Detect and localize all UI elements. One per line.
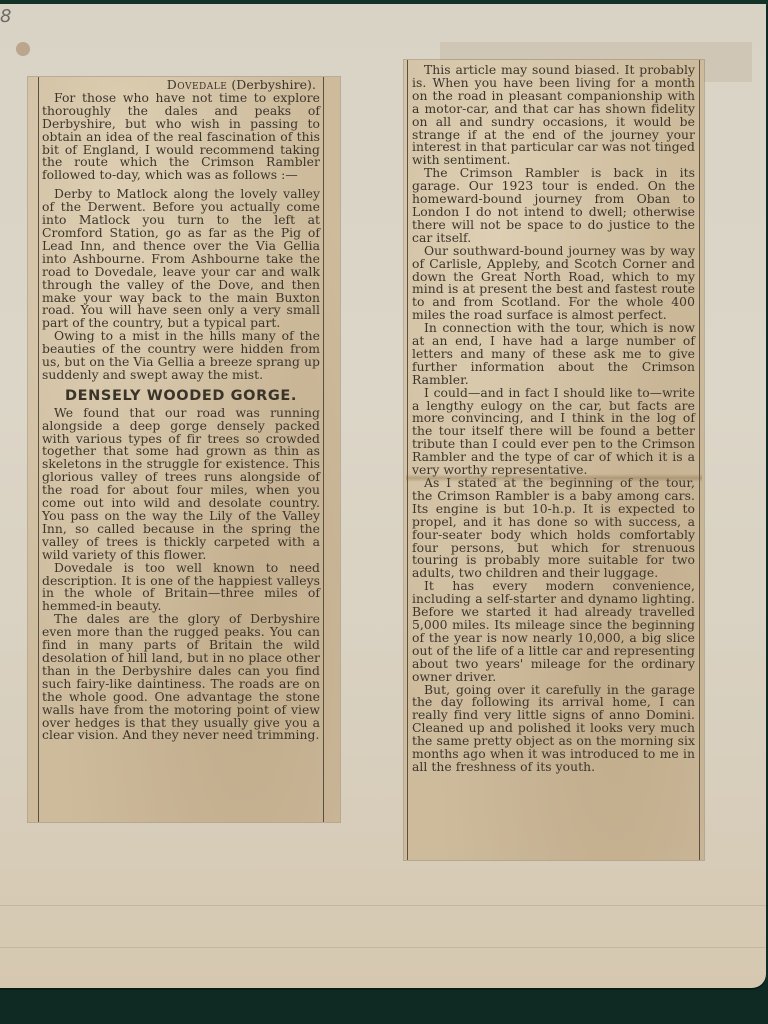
paragraph: We found that our road was running along… bbox=[42, 407, 320, 562]
column-rule-left bbox=[38, 77, 39, 822]
headline-place: Dovedale bbox=[167, 77, 228, 92]
newspaper-clipping-crimson-rambler: This article may sound biased. It probab… bbox=[404, 60, 704, 860]
article-headline: Dovedale (Derbyshire). bbox=[42, 79, 320, 92]
paragraph: In connection with the tour, which is no… bbox=[412, 322, 695, 387]
paragraph: Derby to Matlock along the lovely valley… bbox=[42, 188, 320, 330]
scrapbook-page: 8 Dovedale (Derbyshire). For those who h… bbox=[0, 4, 766, 988]
fold-crease bbox=[406, 474, 702, 482]
paragraph: But, going over it carefully in the gara… bbox=[412, 684, 695, 774]
page-number: 8 bbox=[0, 6, 11, 27]
paragraph: I could—and in fact I should like to—wri… bbox=[412, 387, 695, 477]
paragraph: It has every modern convenience, includi… bbox=[412, 580, 695, 683]
paragraph: Owing to a mist in the hills many of the… bbox=[42, 330, 320, 382]
paragraph: Dovedale is too well known to need descr… bbox=[42, 562, 320, 614]
paragraph: The Crimson Rambler is back in its garag… bbox=[412, 167, 695, 244]
column-rule-right bbox=[699, 60, 700, 860]
subheading: DENSELY WOODED GORGE. bbox=[42, 390, 320, 403]
column-rule-right bbox=[323, 77, 324, 822]
newspaper-clipping-dovedale: Dovedale (Derbyshire). For those who hav… bbox=[28, 77, 340, 822]
paragraph: The dales are the glory of Derbyshire ev… bbox=[42, 613, 320, 742]
column-rule-left bbox=[407, 60, 408, 860]
headline-region: (Derbyshire). bbox=[231, 77, 316, 92]
paragraph: This article may sound biased. It probab… bbox=[412, 64, 695, 167]
paragraph: Our southward-bound journey was by way o… bbox=[412, 245, 695, 322]
article-column: Dovedale (Derbyshire). For those who hav… bbox=[42, 79, 320, 742]
article-column: This article may sound biased. It probab… bbox=[412, 64, 695, 774]
paragraph: As I stated at the beginning of the tour… bbox=[412, 477, 695, 580]
paragraph: For those who have not time to explore t… bbox=[42, 92, 320, 182]
stain-mark bbox=[16, 42, 30, 56]
